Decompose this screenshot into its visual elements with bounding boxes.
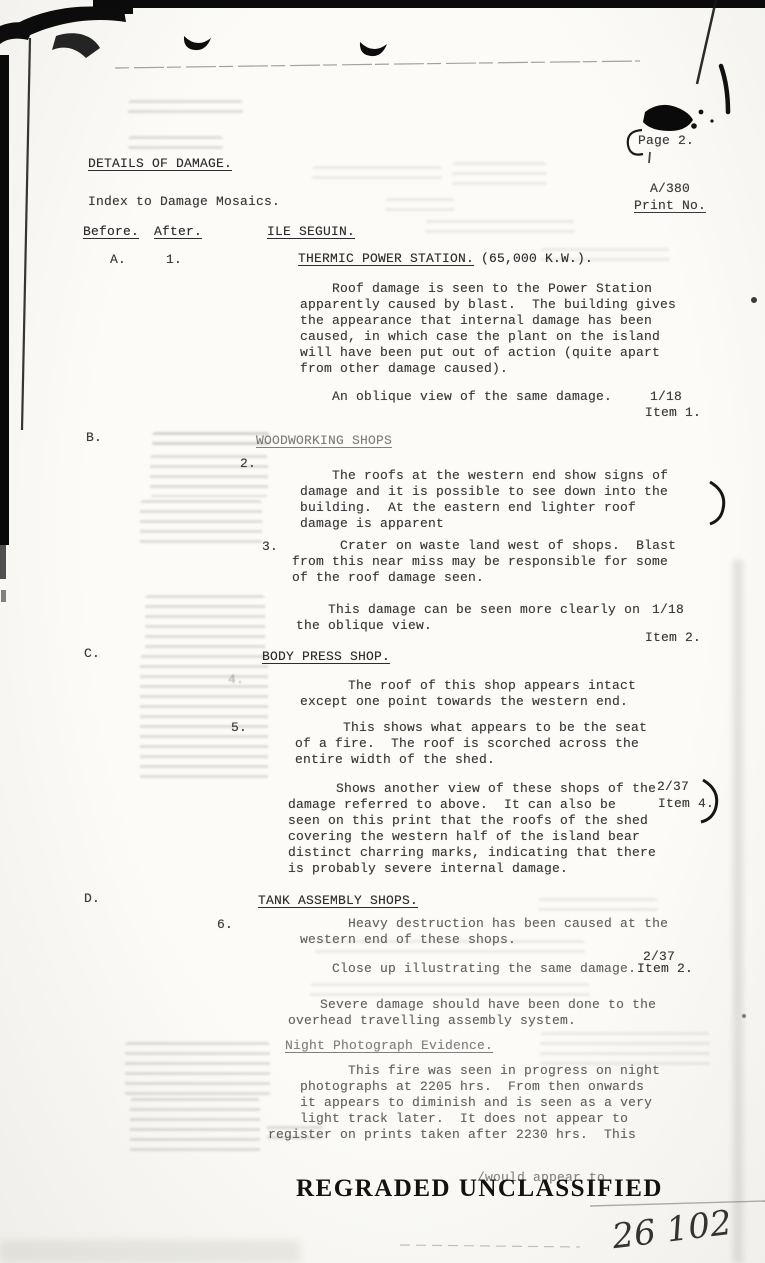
section-letter: A. bbox=[110, 252, 126, 268]
item-reference: Item 2. bbox=[645, 630, 701, 646]
section-heading: TANK ASSEMBLY SHOPS. bbox=[258, 893, 418, 909]
item-reference: Item 2. bbox=[637, 961, 693, 977]
section-heading-note: (65,000 K.W.). bbox=[481, 251, 593, 266]
paragraph: An oblique view of the same damage. bbox=[300, 389, 612, 405]
section-letter: D. bbox=[84, 891, 100, 907]
section-heading: THERMIC POWER STATION.(65,000 K.W.). bbox=[298, 251, 593, 267]
ink-smudge bbox=[312, 166, 442, 186]
ink-smudge bbox=[152, 432, 270, 446]
ink-smudge bbox=[538, 898, 658, 912]
item-number: 1. bbox=[166, 252, 182, 268]
ink-smudge bbox=[385, 198, 455, 212]
ink-smudge bbox=[130, 1098, 260, 1156]
section-letter: C. bbox=[84, 646, 100, 662]
column-header-after: After. bbox=[154, 224, 202, 240]
page-subtitle: Index to Damage Mosaics. bbox=[88, 194, 280, 210]
item-number: 6. bbox=[217, 917, 233, 933]
section-heading-text: THERMIC POWER STATION. bbox=[298, 251, 474, 266]
section-heading: WOODWORKING SHOPS bbox=[256, 433, 392, 449]
paragraph: Close up illustrating the same damage. bbox=[300, 961, 636, 977]
print-reference: 1/18 bbox=[650, 389, 682, 405]
page-title: DETAILS OF DAMAGE. bbox=[88, 156, 232, 172]
ink-smudge bbox=[140, 500, 262, 545]
ink-smudge bbox=[145, 595, 265, 655]
ink-smudge bbox=[125, 1042, 270, 1097]
item-number: 3. bbox=[262, 539, 278, 555]
item-number: 5. bbox=[231, 720, 247, 736]
location-heading: ILE SEGUIN. bbox=[267, 224, 355, 240]
paragraph: This damage can be seen more clearly on … bbox=[296, 602, 640, 634]
ink-smudge bbox=[425, 220, 575, 236]
print-ref: A/380 bbox=[650, 181, 690, 197]
column-header-before: Before. bbox=[83, 224, 139, 240]
ink-smudge bbox=[140, 655, 268, 780]
ink-smudge bbox=[128, 136, 223, 150]
item-number: 4. bbox=[228, 672, 244, 688]
handwritten-number: 26 102 bbox=[611, 1215, 732, 1246]
paragraph: The roofs at the western end show signs … bbox=[300, 468, 668, 532]
paragraph: The roof of this shop appears intact exc… bbox=[300, 678, 636, 710]
item-reference: Item 1. bbox=[645, 405, 701, 421]
print-no-label: Print No. bbox=[634, 198, 706, 214]
item-number: 2. bbox=[240, 456, 256, 472]
item-reference: Item 4. bbox=[658, 796, 714, 812]
paragraph: Severe damage should have been done to t… bbox=[288, 997, 656, 1029]
paragraph: Crater on waste land west of shops. Blas… bbox=[292, 538, 676, 586]
section-letter: B. bbox=[86, 430, 102, 446]
ink-smudge bbox=[128, 100, 243, 116]
scan-edge-shadow-right bbox=[733, 560, 743, 1263]
paragraph: Heavy destruction has been caused at the… bbox=[300, 916, 668, 948]
page-number: Page 2. bbox=[638, 133, 694, 149]
print-reference: 1/18 bbox=[652, 602, 684, 618]
paragraph: This shows what appears to be the seat o… bbox=[295, 720, 647, 768]
night-evidence-heading: Night Photograph Evidence. bbox=[285, 1038, 493, 1054]
regraded-unclassified-stamp: REGRADED UNCLASSIFIED bbox=[296, 1181, 663, 1197]
section-heading: BODY PRESS SHOP. bbox=[262, 649, 390, 665]
paragraph: Shows another view of these shops of the… bbox=[288, 781, 656, 877]
paragraph: This fire was seen in progress on night … bbox=[268, 1063, 660, 1143]
ink-smudge bbox=[452, 162, 547, 186]
scanned-document-page: { "header": { "page_number": "Page 2.", … bbox=[0, 0, 765, 1263]
ink-smudge bbox=[310, 983, 590, 998]
print-reference: 2/37 bbox=[657, 779, 689, 795]
paragraph: Roof damage is seen to the Power Station… bbox=[300, 281, 676, 377]
scan-edge-shadow-bottom bbox=[0, 1240, 300, 1263]
